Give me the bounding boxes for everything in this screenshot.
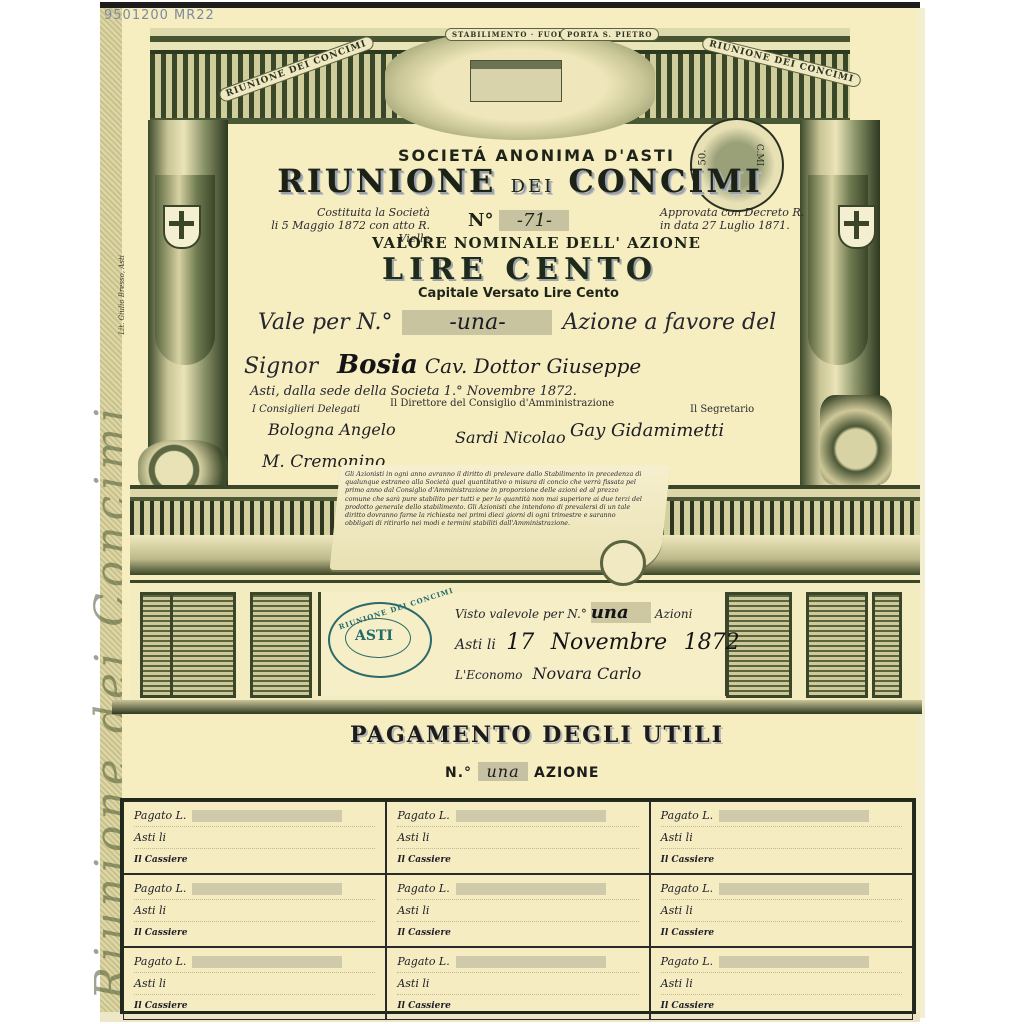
ornament-panel: [170, 592, 236, 698]
holder-line: Signor Bosia Cav. Dottor Giuseppe: [244, 350, 641, 380]
coupon-cassiere-blank: [457, 854, 639, 866]
factory-building-icon: [470, 60, 562, 102]
holder-first-name: Giuseppe: [546, 354, 641, 378]
coupon-asti-row: Asti li: [397, 827, 638, 849]
coupon-cassiere-blank: [720, 854, 902, 866]
coupon-cassiere-blank: [194, 1000, 376, 1012]
payment-coupon-cell: Pagato L.Asti liIl Cassiere: [650, 947, 913, 1020]
coupon-asti-blank: [172, 978, 375, 990]
payment-coupon-cell: Pagato L.Asti liIl Cassiere: [650, 801, 913, 874]
oval-stamp-center: ASTI: [355, 628, 393, 644]
direttore-label: Il Direttore del Consiglio d'Amministraz…: [390, 398, 614, 409]
printer-mark: Lit. Giulio Bresso, Asti: [118, 255, 126, 335]
coupon-asti-blank: [435, 832, 638, 844]
coupon-asti-label: Asti li: [397, 831, 429, 844]
ornament-panel: [250, 592, 312, 698]
payment-coupon-cell: Pagato L.Asti liIl Cassiere: [386, 874, 649, 947]
coupon-pagato-blank: [719, 810, 869, 822]
banner-stabilimento: STABILIMENTO · FUORI: [445, 28, 576, 41]
coupon-asti-blank: [172, 905, 375, 917]
coupon-cassiere-row: Il Cassiere: [134, 995, 375, 1016]
coupon-cassiere-blank: [720, 927, 902, 939]
coupon-cassiere-row: Il Cassiere: [134, 849, 375, 870]
coupon-pagato-label: Pagato L.: [661, 882, 713, 895]
coupon-cassiere-label: Il Cassiere: [661, 855, 715, 865]
company-title: RIUNIONE DEI CONCIMI: [240, 162, 800, 200]
ornament-panel: [872, 592, 902, 698]
coupon-cassiere-blank: [194, 854, 376, 866]
coupon-pagato-blank: [456, 883, 606, 895]
visto-count: una: [591, 602, 651, 623]
coupon-pagato-blank: [192, 956, 342, 968]
coupon-pagato-row: Pagato L.: [397, 951, 638, 973]
coupon-pagato-row: Pagato L.: [661, 878, 902, 900]
payment-share-number: N.°unaAZIONE: [445, 762, 599, 781]
base-moulding: [112, 700, 922, 714]
coupon-cassiere-label: Il Cassiere: [397, 1001, 451, 1011]
coupon-asti-blank: [172, 832, 375, 844]
paid-capital-note: Capitale Versato Lire Cento: [418, 286, 619, 301]
segretario-label: Il Segretario: [690, 404, 754, 415]
certificate-number-value: -71-: [499, 210, 569, 231]
nominal-value-label: VALORE NOMINALE DELL' AZIONE: [372, 234, 701, 252]
coupon-cassiere-blank: [194, 927, 376, 939]
coupon-asti-row: Asti li: [397, 900, 638, 922]
coupon-pagato-row: Pagato L.: [397, 878, 638, 900]
left-drape: [155, 175, 215, 365]
coupon-pagato-blank: [719, 883, 869, 895]
holder-surname: Bosia: [337, 350, 418, 380]
certificate-number: N°-71-: [468, 210, 569, 231]
coupon-asti-blank: [435, 905, 638, 917]
coupon-asti-blank: [699, 905, 902, 917]
coupon-pagato-blank: [192, 810, 342, 822]
coupon-asti-row: Asti li: [397, 973, 638, 995]
economo-line: L'EconomoNovara Carlo: [455, 664, 641, 683]
issue-place-date: Asti, dalla sede della Societa 1.° Novem…: [250, 384, 577, 399]
coupon-pagato-row: Pagato L.: [661, 951, 902, 973]
coupon-cassiere-label: Il Cassiere: [397, 855, 451, 865]
coupon-cassiere-row: Il Cassiere: [397, 922, 638, 943]
share-count-line: Vale per N.°-una-Azione a favore del: [258, 310, 776, 335]
coupon-pagato-blank: [456, 956, 606, 968]
coupon-pagato-label: Pagato L.: [397, 955, 449, 968]
economo-signature: Novara Carlo: [533, 664, 642, 683]
coupon-asti-blank: [699, 978, 902, 990]
share-count-value: -una-: [402, 310, 552, 335]
coupon-pagato-label: Pagato L.: [134, 809, 186, 822]
payment-coupon-cell: Pagato L.Asti liIl Cassiere: [386, 947, 649, 1020]
coupon-asti-row: Asti li: [134, 827, 375, 849]
payment-coupon-grid: Pagato L.Asti liIl CassierePagato L.Asti…: [120, 798, 916, 1014]
coupon-pagato-blank: [456, 810, 606, 822]
payment-coupon-cell: Pagato L.Asti liIl Cassiere: [650, 874, 913, 947]
coupon-pagato-label: Pagato L.: [134, 955, 186, 968]
right-drape: [808, 175, 868, 365]
coupon-asti-row: Asti li: [661, 900, 902, 922]
coupon-asti-label: Asti li: [397, 904, 429, 917]
coupon-pagato-row: Pagato L.: [134, 805, 375, 827]
coupon-cassiere-label: Il Cassiere: [134, 855, 188, 865]
coupon-asti-label: Asti li: [661, 977, 693, 990]
consiglieri-label: I Consiglieri Delegati: [252, 404, 360, 415]
coupon-pagato-blank: [719, 956, 869, 968]
nominal-value-amount: LIRE CENTO: [382, 252, 658, 287]
catalog-note: 9501200 MR22: [104, 8, 215, 23]
coupon-cassiere-row: Il Cassiere: [397, 849, 638, 870]
coupon-asti-row: Asti li: [661, 827, 902, 849]
coupon-pagato-row: Pagato L.: [134, 878, 375, 900]
coupon-cassiere-label: Il Cassiere: [661, 1001, 715, 1011]
coupon-pagato-label: Pagato L.: [661, 809, 713, 822]
signature-direttore: Sardi Nicolao: [455, 428, 566, 447]
coupon-pagato-blank: [192, 883, 342, 895]
coupon-asti-label: Asti li: [661, 831, 693, 844]
approval-note: Approvata con Decreto R. in data 27 Lugl…: [660, 206, 820, 232]
coupon-pagato-row: Pagato L.: [134, 951, 375, 973]
coupon-pagato-label: Pagato L.: [134, 882, 186, 895]
signature-segretario: Gay Gidamimetti: [570, 420, 724, 441]
coupon-cassiere-row: Il Cassiere: [397, 995, 638, 1016]
steam-engine-icon: [820, 395, 892, 485]
coupon-asti-blank: [699, 832, 902, 844]
coupon-cassiere-row: Il Cassiere: [661, 922, 902, 943]
scroll-curl-icon: [600, 540, 646, 586]
coupon-cassiere-row: Il Cassiere: [661, 849, 902, 870]
coupon-asti-label: Asti li: [134, 977, 166, 990]
coupon-pagato-label: Pagato L.: [661, 955, 713, 968]
visto-date-line: Asti li 17 Novembre 1872: [455, 630, 746, 655]
coupon-asti-row: Asti li: [661, 973, 902, 995]
coupon-cassiere-blank: [457, 927, 639, 939]
coupon-cassiere-label: Il Cassiere: [661, 928, 715, 938]
coupon-asti-label: Asti li: [661, 904, 693, 917]
coupon-pagato-label: Pagato L.: [397, 882, 449, 895]
visto-line: Visto valevole per N.°unaAzioni: [455, 602, 692, 623]
coupon-asti-label: Asti li: [397, 977, 429, 990]
coupon-cassiere-label: Il Cassiere: [134, 928, 188, 938]
savoy-cross-shield-icon: [163, 205, 201, 249]
coupon-pagato-label: Pagato L.: [397, 809, 449, 822]
coupon-asti-row: Asti li: [134, 900, 375, 922]
coupon-pagato-row: Pagato L.: [661, 805, 902, 827]
signature-consigliere-1: Bologna Angelo: [268, 420, 396, 439]
coupon-asti-label: Asti li: [134, 831, 166, 844]
coupon-asti-label: Asti li: [134, 904, 166, 917]
coupon-cassiere-row: Il Cassiere: [661, 995, 902, 1016]
payment-coupon-cell: Pagato L.Asti liIl Cassiere: [386, 801, 649, 874]
payment-coupon-cell: Pagato L.Asti liIl Cassiere: [123, 874, 386, 947]
statute-text: Gli Azionisti in ogni anno avranno il di…: [345, 470, 645, 527]
coupon-asti-blank: [435, 978, 638, 990]
payment-coupon-cell: Pagato L.Asti liIl Cassiere: [123, 801, 386, 874]
coupon-cassiere-blank: [720, 1000, 902, 1012]
coupon-cassiere-blank: [457, 1000, 639, 1012]
payment-title: PAGAMENTO DEGLI UTILI: [350, 722, 724, 748]
coupon-asti-row: Asti li: [134, 973, 375, 995]
banner-porta: PORTA S. PIETRO: [560, 28, 659, 41]
coupon-cassiere-label: Il Cassiere: [397, 928, 451, 938]
coupon-cassiere-row: Il Cassiere: [134, 922, 375, 943]
savoy-cross-shield-icon: [838, 205, 876, 249]
coupon-cassiere-label: Il Cassiere: [134, 1001, 188, 1011]
payment-coupon-cell: Pagato L.Asti liIl Cassiere: [123, 947, 386, 1020]
ornament-panel: [806, 592, 868, 698]
coupon-pagato-row: Pagato L.: [397, 805, 638, 827]
